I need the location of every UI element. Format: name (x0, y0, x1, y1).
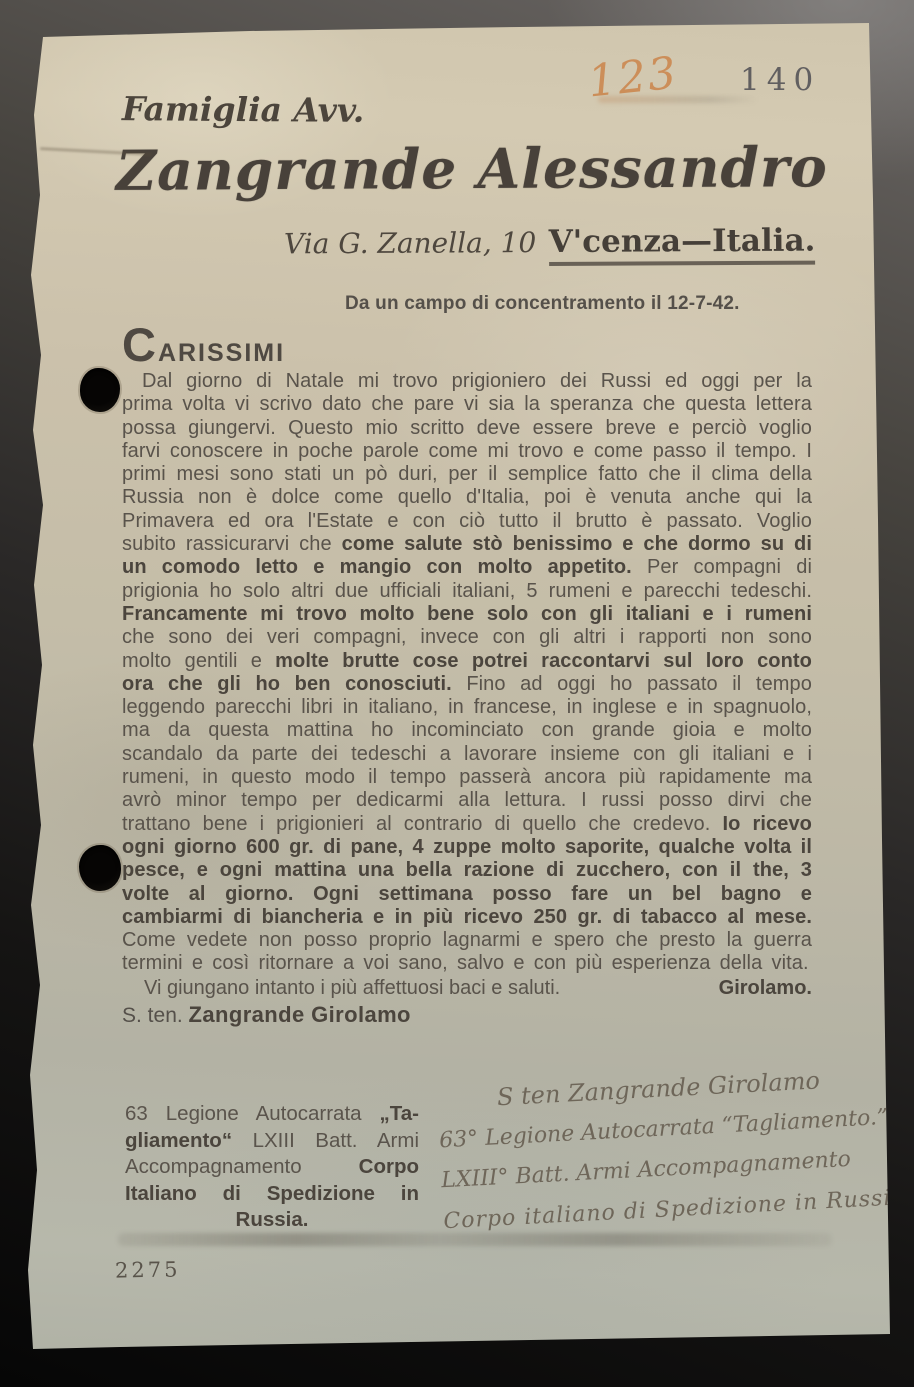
city-country: V'cenza—Italia. (549, 223, 816, 266)
closing-line: Vi giungano intanto i più affettuosi bac… (122, 977, 812, 1000)
handwritten-signature-block: S ten Zangrande Girolamo 63° Legione Aut… (436, 1056, 914, 1242)
stamped-page-number: 140 (740, 62, 820, 98)
unit-line: Russia. (125, 1207, 419, 1234)
text-segment: Francamente mi trovo molto bene solo con… (122, 603, 812, 625)
typed-signature-line: S. ten. Zangrande Girolamo (122, 1002, 812, 1028)
control-number: 2275 (115, 1257, 181, 1282)
unit-line: 63 Legione Autocarrata „Ta- (125, 1101, 419, 1128)
unit-line: gliamento“ LXIII Batt. Armi (125, 1128, 419, 1155)
salutation-text: ARISSIMI (158, 339, 285, 368)
text-segment: gliamento“ (125, 1129, 253, 1152)
family-line: Famiglia Avv. (122, 89, 365, 130)
dateline: Da un campo di concentramento il 12-7-42… (345, 293, 740, 315)
signer-name: Zangrande Girolamo (189, 1002, 411, 1027)
closing-text: Vi giungano intanto i più affettuosi bac… (144, 977, 560, 1000)
rank-prefix: S. ten. (122, 1004, 189, 1027)
text-segment: Fino ad oggi ho passato il tempo leggend… (122, 673, 812, 835)
letter-body: CARISSIMI Dal giorno di Natale mi trovo … (122, 328, 812, 1028)
photo-backdrop: { "document": { "archival_marks": { "han… (0, 0, 914, 1387)
addressee-name: Zangrande Alessandro (116, 134, 828, 203)
text-segment: Italiano di Spedizione in (125, 1182, 419, 1205)
hole-punch-top (80, 368, 120, 412)
text-segment: Russia. (236, 1208, 309, 1231)
unit-line: Accompagnamento Corpo (125, 1154, 419, 1181)
text-segment: Accompagnamento (125, 1155, 359, 1178)
text-segment: Come vedete non posso proprio lagnarmi e… (122, 929, 812, 974)
unit-address-block: 63 Legione Autocarrata „Ta- gliamento“ L… (125, 1101, 419, 1234)
text-segment: Dal giorno di Natale mi trovo prigionier… (122, 370, 812, 555)
letter-page: 123 140 Famiglia Avv. Zangrande Alessand… (0, 0, 914, 1387)
street-address: Via G. Zanella, 10 (284, 226, 536, 260)
text-segment: Corpo (359, 1155, 419, 1178)
letter-paragraph: Dal giorno di Natale mi trovo prigionier… (122, 370, 812, 976)
text-segment: „Ta- (380, 1102, 419, 1125)
pencil-smudge (598, 96, 758, 103)
unit-line: Italiano di Spedizione in (125, 1181, 419, 1208)
salutation: CARISSIMI (122, 328, 812, 368)
address-line: Via G. Zanella, 10 V'cenza—Italia. (284, 223, 816, 262)
closing-signature: Girolamo. (719, 977, 812, 1000)
hole-punch-bottom (79, 845, 121, 891)
text-segment: 63 Legione Autocarrata (125, 1102, 380, 1125)
wear-smudge (118, 1233, 832, 1246)
salutation-dropcap: C (122, 328, 158, 362)
text-segment: LXIII Batt. Armi (253, 1129, 419, 1152)
